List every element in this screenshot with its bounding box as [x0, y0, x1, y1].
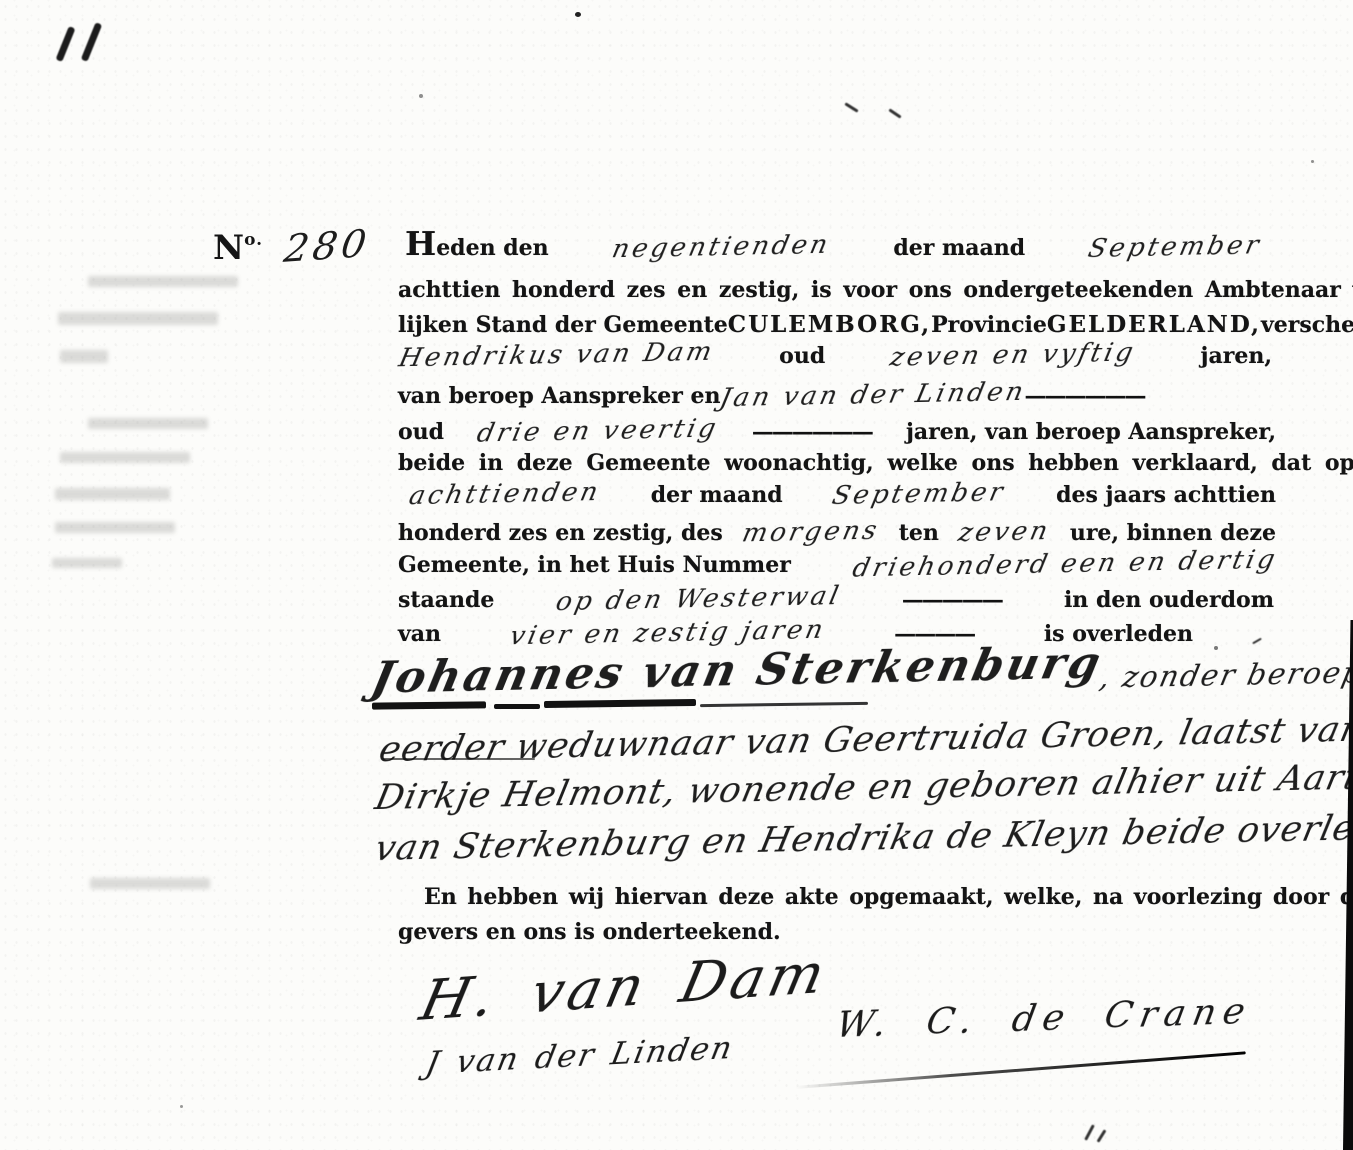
handwritten-text: Johannes van Sterkenburg [367, 637, 1108, 703]
corner-pen-mark [81, 22, 102, 62]
stray-pen-mark [1097, 1129, 1107, 1142]
ink-speck [575, 12, 581, 17]
document-line: ouddrie en veertig——————jaren, van beroe… [398, 416, 1276, 446]
document-line: Gemeente, in het Huis Nummerdriehonderd … [398, 549, 1276, 579]
stray-pen-mark [1252, 638, 1262, 645]
printed-text: oud [779, 343, 825, 369]
document-line: Dirkje Helmont, wonende en geboren alhie… [378, 768, 1271, 808]
handwritten-text: September [830, 477, 1009, 511]
document-line: lijken Stand der GemeenteCULEMBORG,Provi… [398, 311, 1276, 338]
document-line: beide in deze Gemeente woonachtig, welke… [398, 450, 1276, 476]
document-line: achttien honderd zes en zestig, is voor … [398, 277, 1276, 303]
printed-text: jaren, [1201, 343, 1272, 369]
printed-text: honderd zes en zestig, des [398, 520, 723, 546]
stray-pen-mark [844, 102, 858, 112]
document-line: achttiendender maandSeptemberdes jaars a… [410, 479, 1276, 509]
printed-text: van [398, 621, 441, 647]
act-number-prefix: N [213, 228, 244, 268]
printed-text: ten [899, 520, 939, 546]
act-number: No.280 [213, 224, 370, 268]
underline-stroke [383, 758, 535, 760]
handwritten-text: driehonderd een en dertig [850, 545, 1281, 584]
printed-text: Provincie [931, 312, 1047, 338]
printed-text: Heden den [405, 224, 549, 263]
document-line: Heden dennegentiendender maandSeptember [405, 224, 1261, 263]
document-line: staandeop den Westerwal—————in den ouder… [398, 584, 1274, 614]
corner-pen-mark [56, 26, 76, 62]
handwritten-text: zeven en vyftig [887, 337, 1138, 372]
stray-pen-mark [1084, 1124, 1095, 1140]
printed-text: verschenen [1261, 312, 1353, 338]
handwritten-text: van Sterkenburg en Hendrika de Kleyn bei… [371, 807, 1353, 869]
document-line: van Sterkenburg en Hendrika de Kleyn bei… [378, 818, 1281, 858]
printed-text: des jaars achttien [1056, 482, 1276, 508]
death-record-scan: No.280 Heden dennegentiendender maandSep… [0, 0, 1353, 1150]
handwritten-text: op den Westerwal [553, 581, 844, 617]
handwritten-text: morgens [739, 516, 882, 549]
signature-flourish [795, 1051, 1246, 1089]
document-line: En hebben wij hiervan deze akte opgemaak… [424, 884, 1276, 910]
handwritten-text: drie en veertig [474, 413, 721, 448]
underline-stroke [372, 701, 486, 709]
bleed-through-text [60, 452, 190, 463]
handwritten-text: negentienden [609, 230, 833, 265]
printed-text: lijken Stand der Gemeente [398, 312, 728, 338]
handwritten-text: zeven [956, 516, 1054, 548]
bleed-through-text [58, 312, 218, 325]
printed-text: der maand [651, 482, 783, 508]
signature-w-c-de-crane: W. C. de Crane [833, 991, 1255, 1046]
handwritten-text: Jan van der Linden [717, 377, 1029, 413]
printed-text: gevers en ons is onderteekend. [398, 919, 781, 945]
bleed-through-text [52, 558, 122, 568]
printed-text: CULEMBORG, [728, 311, 931, 338]
document-line: van beroep Aanspreker enJan van der Lind… [398, 380, 1092, 410]
printed-text: van beroep Aanspreker en [398, 383, 721, 409]
bleed-through-text [88, 276, 238, 287]
printed-text: der maand [893, 235, 1025, 261]
handwritten-text: September [1086, 230, 1265, 264]
printed-text: Gemeente, in het Huis Nummer [398, 552, 791, 578]
ink-speck [1214, 646, 1218, 650]
stray-pen-mark [888, 108, 901, 118]
act-number-value: 280 [281, 221, 373, 271]
ink-speck [1311, 160, 1314, 163]
document-line: honderd zes en zestig, desmorgenstenzeve… [398, 517, 1276, 547]
underline-stroke [700, 702, 868, 707]
bleed-through-text [88, 418, 208, 429]
document-line: Johannes van Sterkenburg, zonder beroep [374, 645, 1219, 696]
printed-text: staande [398, 587, 494, 613]
filler-dash: ————— [902, 587, 1002, 613]
underline-stroke [544, 699, 696, 708]
printed-text: oud [398, 419, 444, 445]
underline-stroke [494, 704, 540, 709]
act-number-ordinal: o. [244, 230, 263, 250]
printed-text: achttien honderd zes en zestig, is voor … [398, 277, 1353, 303]
printed-text: beide in deze Gemeente woonachtig, welke… [398, 450, 1353, 476]
handwritten-text: achttienden [406, 477, 603, 511]
bleed-through-text [55, 488, 170, 500]
ink-speck [419, 94, 423, 98]
handwritten-text: , zonder beroep [1096, 655, 1353, 694]
printed-text: GELDERLAND, [1047, 311, 1261, 338]
filler-dash: —————— [1025, 383, 1145, 409]
bleed-through-text [55, 522, 175, 533]
bleed-through-text [60, 350, 108, 363]
document-line: Hendrikus van Damoudzeven en vyftigjaren… [400, 340, 1272, 370]
printed-text: En hebben wij hiervan deze akte opgemaak… [424, 884, 1353, 910]
ink-speck [180, 1105, 183, 1108]
signature-j-van-der-linden: J van der Linden [423, 1030, 737, 1082]
printed-text: ure, binnen deze [1070, 520, 1276, 546]
document-line: gevers en ons is onderteekend. [398, 919, 781, 945]
bleed-through-text [90, 878, 210, 889]
filler-dash: —————— [752, 419, 872, 445]
signature-h-van-dam: H. van Dam [414, 941, 834, 1034]
handwritten-text: Hendrikus van Dam [396, 337, 717, 374]
printed-text: jaren, van beroep Aanspreker, [906, 419, 1276, 445]
document-line: eerder weduwnaar van Geertruida Groen, l… [382, 720, 1254, 760]
printed-text: in den ouderdom [1064, 587, 1274, 613]
